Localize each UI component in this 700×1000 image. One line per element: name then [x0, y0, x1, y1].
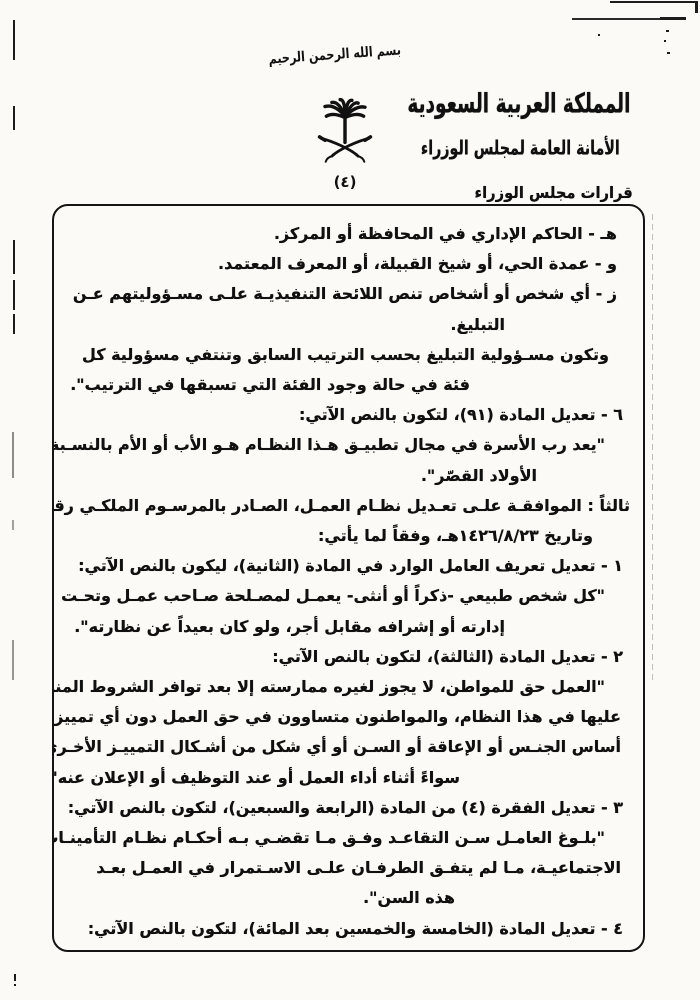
document-line: الأولاد القصّر". [64, 461, 635, 491]
document-line: ثالثاً : الموافقـة علـى تعـديل نظـام الع… [64, 491, 635, 521]
scan-mark [12, 520, 14, 530]
kingdom-title-calligraphy: المملكة العربية السعودية [407, 88, 630, 119]
scan-mark [13, 106, 15, 130]
bismillah-calligraphy: بسم الله الرحمن الرحيم [297, 42, 402, 65]
section-title-calligraphy: قرارات مجلس الوزراء [465, 183, 642, 204]
scan-mark [667, 52, 670, 54]
document-line: هذه السن". [64, 883, 635, 913]
scan-mark [610, 1, 698, 3]
scan-mark [13, 280, 15, 310]
scan-mark [12, 640, 14, 680]
scan-mark [12, 432, 14, 478]
scan-mark [660, 17, 686, 20]
scan-mark [13, 314, 15, 334]
document-line: هـ - الحاكم الإداري في المحافظة أو المرك… [64, 219, 635, 249]
document-line: التبليغ. [64, 310, 635, 340]
document-line: أساس الجنـس أو الإعاقة أو السـن أو أي شك… [64, 732, 635, 762]
scan-mark [13, 20, 15, 60]
document-body: هـ - الحاكم الإداري في المحافظة أو المرك… [54, 206, 643, 950]
document-line: عليها في هذا النظام، والمواطنون متساوون … [64, 702, 635, 732]
scanned-document-page: بسم الله الرحمن الرحيم (٤) المملكة العرب… [0, 0, 700, 1000]
document-line: فئة في حالة وجود الفئة التي تسبقها في ال… [64, 370, 635, 400]
scan-mark [652, 214, 653, 684]
scan-mark [666, 30, 669, 32]
document-line: وتكون مسـؤولية التبليغ بحسب الترتيب السا… [64, 340, 635, 370]
document-line: "كل شخص طبيعي -ذكراً أو أنثى- يعمـل لمصـ… [64, 581, 635, 611]
page-number: (٤) [310, 173, 380, 191]
secretariat-title-calligraphy: الأمانة العامة لمجلس الوزراء [421, 137, 620, 160]
document-line: ز - أي شخص أو أشخاص تنص اللائحة التنفيذي… [64, 279, 635, 309]
document-line: ٣ - تعديل الفقرة (٤) من المادة (الرابعة … [64, 793, 635, 823]
document-frame: هـ - الحاكم الإداري في المحافظة أو المرك… [52, 204, 645, 952]
scan-mark [664, 40, 666, 42]
document-line: ٢ - تعديل المادة (الثالثة)، لتكون بالنص … [64, 642, 635, 672]
document-line: ١ - تعديل تعريف العامل الوارد في المادة … [64, 551, 635, 581]
document-line: إدارته أو إشرافه مقابل أجر، ولو كان بعيد… [64, 612, 635, 642]
document-line: الاجتماعيـة، مـا لم يتفـق الطرفـان علـى … [64, 853, 635, 883]
scan-mark [598, 34, 600, 36]
document-line: ٤ - تعديل المادة (الخامسة والخمسين بعد ا… [64, 914, 635, 944]
document-line: وتاريخ ١٤٢٦/٨/٢٣هـ، وفقاً لما يأتي: [64, 521, 635, 551]
document-line: "يعد رب الأسرة في مجال تطبيـق هـذا النظـ… [64, 430, 635, 460]
document-line: "بلـوغ العامـل سـن التقاعـد وفـق مـا تقض… [64, 823, 635, 853]
saudi-emblem-icon [314, 88, 376, 174]
document-line: سواءً أثناء أداء العمل أو عند التوظيف أو… [64, 763, 635, 793]
scan-mark [14, 974, 16, 981]
scan-mark [695, 3, 698, 13]
scan-mark [14, 984, 16, 986]
document-line: و - عمدة الحي، أو شيخ القبيلة، أو المعرف… [64, 249, 635, 279]
document-line: "العمل حق للمواطن، لا يجوز لغيره ممارسته… [64, 672, 635, 702]
document-line: ٦ - تعديل المادة (٩١)، لتكون بالنص الآتي… [64, 400, 635, 430]
scan-mark [13, 240, 15, 274]
